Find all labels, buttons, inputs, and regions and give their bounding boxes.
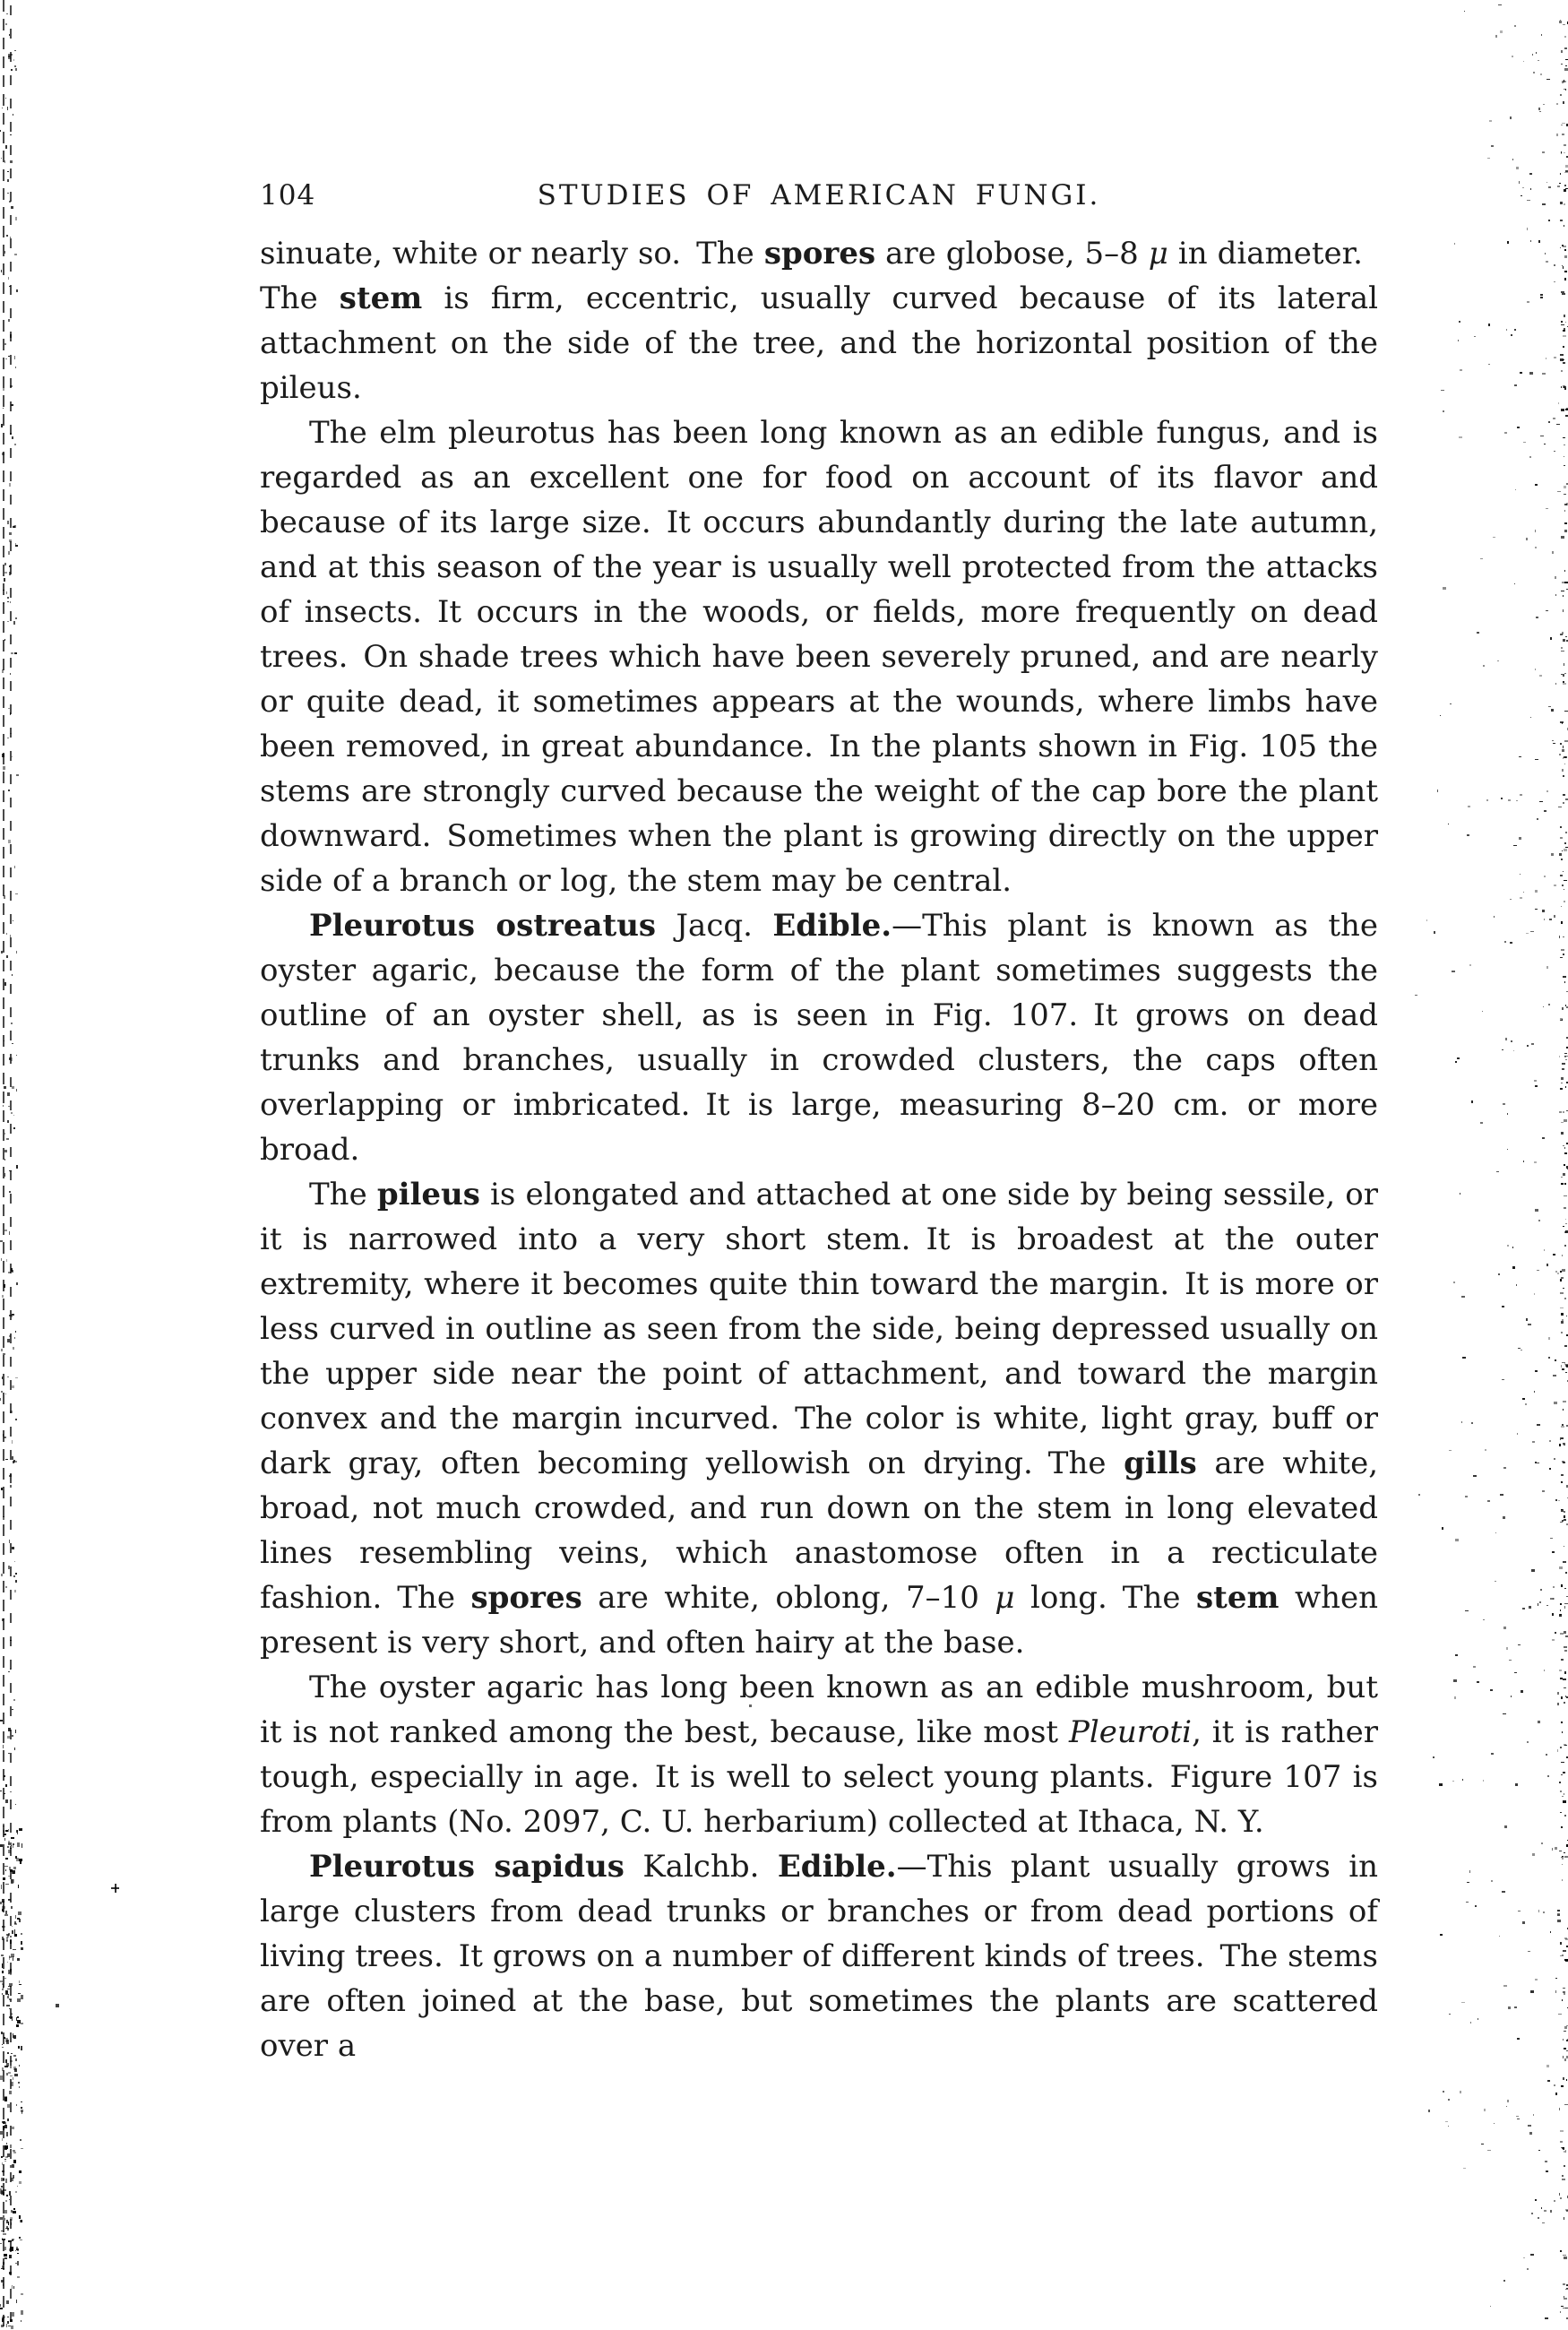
scan-speck xyxy=(1554,885,1556,886)
scan-speck xyxy=(1557,1913,1560,1914)
scan-speck xyxy=(4,1150,7,1152)
scan-speck xyxy=(1542,1490,1545,1492)
scan-speck xyxy=(1562,1879,1563,1881)
scan-speck xyxy=(1562,123,1565,125)
scan-speck xyxy=(1532,1441,1535,1443)
scan-speck xyxy=(1517,427,1520,427)
scan-speck xyxy=(1557,1749,1558,1751)
scan-speck xyxy=(1538,2217,1538,2220)
scan-speck xyxy=(18,1885,19,1888)
scan-speck xyxy=(1483,1619,1485,1621)
scan-speck xyxy=(7,1996,9,1998)
scan-speck xyxy=(1553,1598,1554,1600)
scan-speck xyxy=(17,1998,20,2003)
scan-speck xyxy=(1453,1281,1455,1282)
scan-speck xyxy=(1548,1357,1550,1359)
scan-speck xyxy=(6,2254,7,2256)
scan-speck xyxy=(6,2300,9,2304)
scan-speck xyxy=(16,2104,18,2106)
scan-speck xyxy=(1561,1509,1563,1510)
scan-speck xyxy=(1505,1038,1507,1040)
scan-speck xyxy=(1488,324,1490,326)
scan-speck xyxy=(1457,1057,1460,1060)
scan-speck xyxy=(1521,1690,1524,1693)
scan-speck xyxy=(1443,587,1445,589)
scan-speck xyxy=(13,2208,15,2210)
scan-speck xyxy=(1564,1745,1566,1746)
scan-speck xyxy=(17,2249,19,2251)
scan-speck xyxy=(1564,1815,1567,1817)
scan-speck xyxy=(14,866,15,868)
scan-speck xyxy=(19,2215,21,2219)
scan-speck xyxy=(1532,1853,1536,1856)
scan-speck xyxy=(1560,743,1562,745)
scan-speck xyxy=(1564,2298,1567,2300)
scan-speck xyxy=(1564,1646,1567,1649)
scan-speck xyxy=(14,1921,16,1924)
scan-speck xyxy=(1562,1019,1563,1021)
scan-speck xyxy=(1522,1608,1525,1609)
scan-speck xyxy=(12,2016,13,2021)
scan-speck xyxy=(7,597,9,600)
scan-speck xyxy=(1564,1852,1565,1854)
scan-speck xyxy=(1516,800,1518,802)
scan-speck xyxy=(5,145,7,149)
scan-speck xyxy=(22,2111,22,2114)
scan-speck xyxy=(1563,246,1566,247)
scan-speck xyxy=(1564,764,1566,764)
scan-speck xyxy=(1511,1696,1512,1698)
scan-speck xyxy=(1555,576,1556,579)
scan-speck xyxy=(12,1086,13,1089)
scan-speck xyxy=(5,1990,7,1994)
scan-speck xyxy=(1562,885,1564,886)
scan-speck xyxy=(1548,421,1550,423)
scan-speck xyxy=(6,2132,9,2136)
scan-speck xyxy=(1562,1796,1564,1798)
scan-speck xyxy=(13,2152,15,2153)
scan-speck xyxy=(1530,240,1531,242)
scan-speck xyxy=(14,254,17,255)
scan-speck xyxy=(13,114,13,116)
scan-speck xyxy=(1551,709,1555,712)
scan-speck xyxy=(1564,36,1566,37)
scan-speck xyxy=(1563,101,1564,104)
scan-speck xyxy=(1564,1937,1568,1939)
scan-speck xyxy=(1564,1164,1565,1166)
scan-speck xyxy=(1449,2014,1451,2015)
scan-speck xyxy=(1541,2207,1542,2209)
scan-speck xyxy=(1561,1426,1564,1428)
scan-speck xyxy=(1547,2080,1550,2082)
scan-speck xyxy=(21,2320,22,2322)
scan-speck xyxy=(1511,1040,1512,1042)
scan-speck xyxy=(15,1804,17,1806)
scan-speck xyxy=(1561,386,1563,388)
scan-speck xyxy=(1563,346,1564,348)
scan-speck xyxy=(7,179,9,182)
scan-speck xyxy=(1561,1584,1564,1587)
scan-speck xyxy=(115,1884,116,1893)
scan-speck xyxy=(1564,2058,1566,2061)
scan-speck xyxy=(12,1870,13,1874)
scan-speck xyxy=(19,2065,20,2067)
scan-speck xyxy=(1443,2091,1444,2093)
scan-speck xyxy=(1564,842,1566,844)
scan-speck xyxy=(1564,981,1565,983)
scan-speck xyxy=(1486,799,1488,801)
scan-speck xyxy=(1545,2317,1548,2319)
scan-speck xyxy=(1565,756,1567,758)
scan-speck xyxy=(16,2017,17,2021)
scan-speck xyxy=(5,358,8,360)
scan-speck xyxy=(17,2186,18,2187)
scan-speck xyxy=(1565,2289,1568,2291)
bold-term: Pleurotus sapidus xyxy=(309,1849,625,1885)
scan-speck xyxy=(1564,582,1568,583)
scan-speck xyxy=(1523,1161,1524,1162)
scan-speck xyxy=(1563,2039,1564,2041)
scan-speck xyxy=(13,2035,15,2040)
scan-speck xyxy=(1554,264,1555,266)
scan-speck xyxy=(15,2263,17,2264)
scan-speck xyxy=(1564,486,1565,488)
scan-speck xyxy=(6,933,8,935)
scan-speck xyxy=(1561,151,1563,153)
scan-speck xyxy=(6,2143,7,2144)
scan-speck xyxy=(7,2228,9,2231)
scan-speck xyxy=(1459,436,1461,437)
scan-speck xyxy=(5,1869,6,1870)
scan-speck xyxy=(1527,1741,1529,1742)
scan-speck xyxy=(1561,324,1564,326)
scan-speck xyxy=(12,2239,14,2239)
bold-term: pileus xyxy=(377,1177,480,1212)
scan-speck xyxy=(1543,104,1546,105)
scan-speck xyxy=(16,774,19,775)
scan-speck xyxy=(1544,444,1546,444)
scan-speck xyxy=(1564,849,1567,850)
scan-speck xyxy=(13,1460,15,1463)
running-title: STUDIES OF AMERICAN FUNGI. xyxy=(260,177,1378,213)
scan-speck xyxy=(1564,444,1565,445)
scan-speck xyxy=(1546,1605,1548,1606)
scan-speck xyxy=(1564,89,1565,90)
binding-edge-line xyxy=(10,0,12,2330)
scan-speck xyxy=(5,23,7,25)
scan-speck xyxy=(6,2146,9,2148)
text-segment: is elongated and attached at one side by… xyxy=(260,1177,1378,1481)
scan-speck xyxy=(1440,715,1442,716)
scan-speck xyxy=(1509,1660,1511,1661)
scan-speck xyxy=(13,1347,14,1349)
scan-speck xyxy=(20,2220,22,2222)
scan-speck xyxy=(1560,1020,1563,1022)
scan-speck xyxy=(1564,2257,1566,2259)
scan-speck xyxy=(1499,1936,1500,1937)
scan-speck xyxy=(1564,1195,1567,1197)
scan-speck xyxy=(1537,1463,1539,1463)
scan-speck xyxy=(1565,832,1567,833)
scan-speck xyxy=(1564,1147,1565,1150)
scan-speck xyxy=(1520,874,1521,875)
scan-speck xyxy=(15,1856,17,1859)
scan-speck xyxy=(1565,89,1567,91)
scan-speck xyxy=(1553,1375,1556,1376)
scan-speck xyxy=(6,2324,7,2327)
paragraph: sinuate, white or nearly so. The spores … xyxy=(260,231,1378,410)
scan-speck xyxy=(1559,1444,1560,1446)
scan-speck xyxy=(1560,1614,1562,1615)
scan-speck xyxy=(1498,1273,1501,1275)
scan-speck xyxy=(6,2073,8,2075)
scan-speck xyxy=(1564,1793,1564,1795)
scan-speck xyxy=(1546,1264,1548,1266)
scan-speck xyxy=(5,2156,8,2157)
scan-speck xyxy=(4,2066,8,2067)
scan-speck xyxy=(1513,1050,1514,1051)
scan-speck xyxy=(1561,674,1563,675)
scan-speck xyxy=(1559,1782,1561,1784)
scan-speck xyxy=(16,1830,18,1834)
scan-speck xyxy=(1529,372,1533,375)
scan-speck xyxy=(1535,1462,1537,1463)
scan-speck xyxy=(1529,2132,1532,2135)
scan-speck xyxy=(1530,717,1531,718)
scan-speck xyxy=(1503,1103,1505,1105)
scan-speck xyxy=(1480,558,1482,559)
scan-speck xyxy=(5,1911,7,1914)
scan-speck xyxy=(1560,1271,1562,1272)
scan-speck xyxy=(1455,1654,1458,1656)
scan-speck xyxy=(1546,2065,1549,2067)
scan-speck xyxy=(1565,1372,1568,1373)
scan-speck xyxy=(1560,173,1561,175)
scan-speck xyxy=(1562,245,1564,246)
scan-speck xyxy=(1546,1754,1547,1756)
scan-speck xyxy=(1535,669,1536,670)
scan-speck xyxy=(1541,1842,1543,1844)
scan-speck xyxy=(1465,1496,1468,1497)
scan-speck xyxy=(1564,1959,1568,1961)
scan-speck xyxy=(1448,824,1449,824)
scan-speck xyxy=(4,572,6,574)
scan-speck xyxy=(1564,880,1567,881)
scan-speck xyxy=(12,1547,14,1549)
scan-speck xyxy=(1531,1569,1535,1572)
scan-speck xyxy=(1561,1277,1564,1279)
scan-speck xyxy=(1546,790,1548,791)
scan-speck xyxy=(7,1962,8,1963)
scan-speck xyxy=(0,1791,2,1792)
scan-speck xyxy=(1565,2150,1566,2152)
scan-speck xyxy=(1512,56,1513,58)
scan-speck xyxy=(1564,1183,1566,1184)
scan-speck xyxy=(1507,2100,1509,2102)
scan-speck xyxy=(1562,769,1563,772)
scan-speck xyxy=(1507,1113,1508,1115)
scan-speck xyxy=(1491,145,1494,147)
scan-speck xyxy=(16,2300,17,2303)
scan-speck xyxy=(16,2024,19,2027)
scan-speck xyxy=(1564,1056,1566,1057)
scan-speck xyxy=(1564,1231,1567,1232)
scan-speck xyxy=(1461,2002,1465,2004)
scan-speck xyxy=(1564,1515,1566,1518)
scan-speck xyxy=(1561,370,1563,372)
paragraph: The oyster agaric has long been known as… xyxy=(260,1665,1378,1844)
scan-speck xyxy=(12,1314,13,1317)
scan-speck xyxy=(1507,1245,1509,1247)
scan-speck xyxy=(1559,1851,1561,1852)
scan-speck xyxy=(1522,187,1524,189)
scan-speck xyxy=(16,289,18,291)
scan-speck xyxy=(1475,1905,1477,1907)
scan-speck xyxy=(1557,1692,1558,1694)
scan-speck xyxy=(1458,340,1460,341)
text-segment: are globose, 5–8 xyxy=(875,236,1149,272)
scan-speck xyxy=(12,2164,14,2168)
scan-speck xyxy=(1560,1018,1563,1021)
scan-speck xyxy=(12,1930,13,1933)
scan-speck xyxy=(1561,64,1563,65)
scan-speck xyxy=(6,2226,8,2229)
scan-speck xyxy=(1538,1721,1540,1723)
scan-speck xyxy=(1549,1468,1551,1469)
scan-speck xyxy=(1562,1955,1564,1956)
scan-speck xyxy=(1565,2308,1568,2308)
scan-speck xyxy=(1521,1350,1522,1351)
scan-speck xyxy=(1561,291,1564,293)
scan-speck xyxy=(21,1947,22,1950)
scan-speck xyxy=(1555,1847,1557,1850)
scan-speck xyxy=(1502,1306,1504,1307)
scan-speck xyxy=(1555,594,1557,596)
scan-speck xyxy=(5,1586,7,1588)
scan-speck xyxy=(1564,1207,1566,1210)
scan-speck xyxy=(1487,2150,1491,2151)
scan-speck xyxy=(1530,2254,1533,2256)
scan-speck xyxy=(1563,1561,1566,1563)
scan-speck xyxy=(1515,489,1516,490)
scan-speck xyxy=(1482,1011,1483,1012)
scan-speck xyxy=(4,1173,5,1177)
scan-speck xyxy=(1529,1606,1531,1609)
scan-speck xyxy=(1503,1627,1506,1628)
scan-speck xyxy=(1504,432,1507,434)
scan-speck xyxy=(1460,369,1462,371)
scan-speck xyxy=(14,1590,16,1592)
scan-speck xyxy=(1563,2147,1564,2150)
scan-speck xyxy=(1527,301,1529,303)
scan-speck xyxy=(19,1984,22,1985)
scan-speck xyxy=(1564,328,1565,330)
scan-speck xyxy=(1514,384,1516,385)
scan-speck xyxy=(5,98,6,99)
scan-speck xyxy=(5,2179,7,2183)
scan-speck xyxy=(1561,1774,1563,1776)
scan-speck xyxy=(1564,1603,1568,1605)
scan-speck xyxy=(1537,1424,1539,1426)
scan-speck xyxy=(5,1394,6,1394)
scan-speck xyxy=(1415,995,1417,996)
scan-speck xyxy=(20,1861,22,1864)
scan-speck xyxy=(1477,1681,1479,1683)
scan-speck xyxy=(1530,1990,1533,1993)
scan-speck xyxy=(1560,354,1563,356)
scan-speck xyxy=(1542,203,1546,204)
scan-speck xyxy=(15,1331,16,1332)
scan-speck xyxy=(1563,871,1564,873)
scan-speck xyxy=(1564,315,1565,317)
scan-speck xyxy=(1560,220,1563,221)
scan-speck xyxy=(1559,1111,1561,1113)
scan-speck xyxy=(4,251,5,254)
text-segment: sinuate, white or nearly so. The xyxy=(260,236,764,272)
scan-speck xyxy=(12,1709,13,1710)
scan-speck xyxy=(1500,1494,1503,1497)
scan-speck xyxy=(14,1561,15,1562)
scan-speck xyxy=(1,158,2,159)
scan-speck xyxy=(1498,4,1501,6)
scan-speck xyxy=(19,1828,22,1831)
scan-speck xyxy=(1564,47,1567,49)
scan-speck xyxy=(1527,200,1530,201)
scan-speck xyxy=(1560,1791,1562,1792)
scan-speck xyxy=(1535,2199,1537,2201)
scan-speck xyxy=(13,59,14,61)
scan-speck xyxy=(1560,94,1562,97)
scan-speck xyxy=(1465,1610,1469,1612)
scan-speck xyxy=(1562,410,1565,411)
scan-speck xyxy=(1561,1122,1564,1123)
scan-speck xyxy=(1564,522,1567,524)
scan-speck xyxy=(6,2220,9,2222)
scan-speck xyxy=(6,1934,8,1936)
scan-speck xyxy=(1564,2296,1564,2298)
scan-speck xyxy=(19,1919,22,1922)
scan-speck xyxy=(1562,1461,1564,1463)
bold-term: stem xyxy=(1196,1580,1279,1616)
scan-speck xyxy=(1559,936,1560,938)
scan-speck xyxy=(1557,1703,1559,1705)
scan-speck xyxy=(1471,1100,1473,1103)
scan-speck xyxy=(1562,1731,1564,1733)
scan-speck xyxy=(5,2038,8,2042)
scan-speck xyxy=(1565,322,1567,323)
scan-speck xyxy=(17,1958,21,1961)
scan-speck xyxy=(1561,949,1564,951)
scan-speck xyxy=(1565,1959,1568,1962)
bold-term: spores xyxy=(470,1580,582,1616)
scan-speck xyxy=(16,951,18,954)
scan-speck xyxy=(1494,2123,1495,2124)
scan-speck xyxy=(6,955,8,958)
scan-speck xyxy=(1495,1532,1496,1533)
scan-speck xyxy=(1452,1781,1454,1782)
scan-speck xyxy=(5,1459,8,1461)
scan-speck xyxy=(1543,1006,1544,1008)
scan-speck xyxy=(1562,582,1564,583)
scan-speck xyxy=(1520,897,1523,899)
scan-speck xyxy=(56,2004,59,2007)
scan-speck xyxy=(1564,1546,1564,1547)
scan-speck xyxy=(1531,1043,1533,1045)
scan-speck xyxy=(1516,2116,1519,2118)
scan-speck xyxy=(1538,240,1540,243)
scan-speck xyxy=(1560,957,1563,958)
scan-speck xyxy=(18,1911,22,1915)
